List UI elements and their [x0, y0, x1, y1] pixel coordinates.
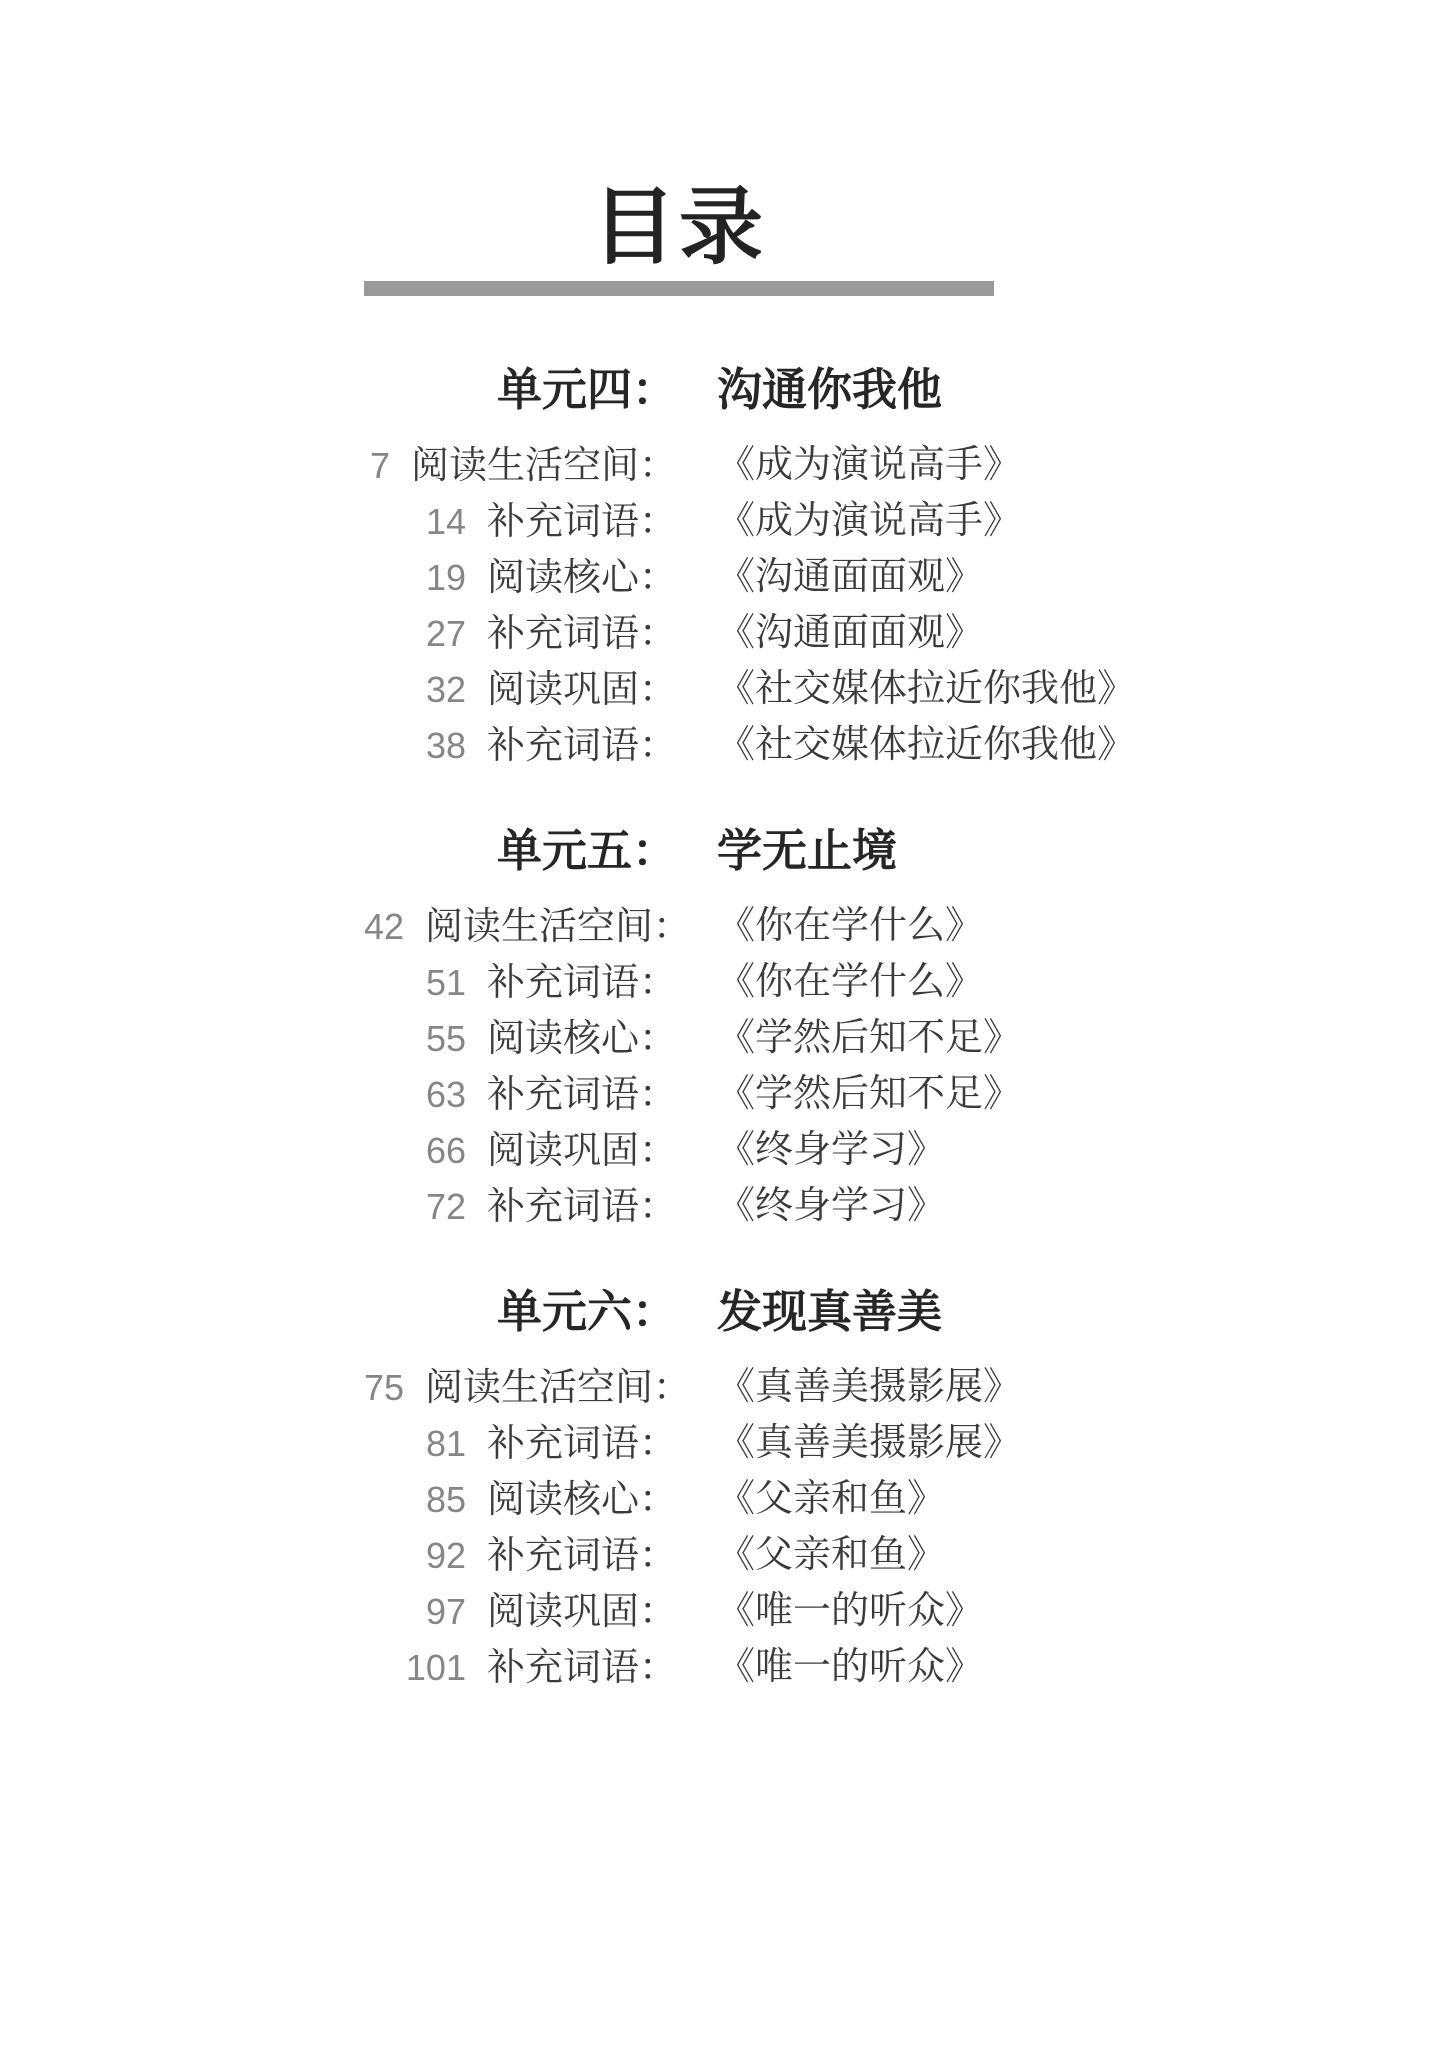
entry-title: 《成为演说高手》	[717, 494, 1088, 550]
entry-page-number: 27	[426, 613, 476, 654]
unit-title: 沟通你我他	[717, 364, 1088, 416]
entry-page-number: 85	[426, 1479, 476, 1520]
entry-page-number: 19	[426, 557, 476, 598]
entry-left-cell: 32 阅读巩固：	[364, 662, 677, 718]
entry-left-cell: 97 阅读巩固：	[364, 1584, 677, 1640]
entry-title: 《你在学什么》	[717, 899, 1088, 955]
entry-left-cell: 27 补充词语：	[364, 606, 677, 662]
unit-label: 单元六：	[364, 1286, 677, 1338]
toc-entry: 92 补充词语： 《父亲和鱼》	[364, 1528, 1088, 1584]
entry-title: 《父亲和鱼》	[717, 1528, 1088, 1584]
entry-left-cell: 101 补充词语：	[364, 1640, 677, 1696]
entry-label: 补充词语：	[487, 962, 677, 1004]
entry-left-cell: 75 阅读生活空间：	[364, 1360, 677, 1416]
toc-entry: 85 阅读核心： 《父亲和鱼》	[364, 1472, 1088, 1528]
entry-page-number: 7	[370, 445, 400, 486]
entry-title: 《真善美摄影展》	[717, 1416, 1088, 1472]
entry-left-cell: 42 阅读生活空间：	[364, 899, 677, 955]
entry-page-number: 101	[406, 1647, 476, 1688]
unit-entries: 75 阅读生活空间： 《真善美摄影展》 81 补充词语： 《真善美摄影展》 85…	[364, 1360, 1088, 1696]
toc-section: 单元四： 沟通你我他 7 阅读生活空间： 《成为演说高手》 14 补充词语： 《…	[364, 364, 1088, 774]
entry-left-cell: 55 阅读核心：	[364, 1011, 677, 1067]
entry-page-number: 14	[426, 501, 476, 542]
entry-left-cell: 19 阅读核心：	[364, 550, 677, 606]
toc-entry: 101 补充词语： 《唯一的听众》	[364, 1640, 1088, 1696]
entry-label: 补充词语：	[487, 1535, 677, 1577]
entry-label: 阅读巩固：	[487, 1591, 677, 1633]
toc-entry: 32 阅读巩固： 《社交媒体拉近你我他》	[364, 662, 1088, 718]
entry-label: 补充词语：	[487, 613, 677, 655]
entry-label: 阅读核心：	[487, 1018, 677, 1060]
unit-title: 学无止境	[717, 825, 1088, 877]
entry-title: 《唯一的听众》	[717, 1640, 1088, 1696]
toc-section: 单元五： 学无止境 42 阅读生活空间： 《你在学什么》 51 补充词语： 《你…	[364, 825, 1088, 1235]
entry-page-number: 81	[426, 1423, 476, 1464]
entry-label: 阅读巩固：	[487, 669, 677, 711]
entry-left-cell: 92 补充词语：	[364, 1528, 677, 1584]
toc-entry: 55 阅读核心： 《学然后知不足》	[364, 1011, 1088, 1067]
entry-page-number: 72	[426, 1186, 476, 1227]
entry-page-number: 51	[426, 962, 476, 1003]
toc-entry: 75 阅读生活空间： 《真善美摄影展》	[364, 1360, 1088, 1416]
toc-entry: 14 补充词语： 《成为演说高手》	[364, 494, 1088, 550]
entry-label: 阅读生活空间：	[425, 906, 691, 948]
toc-entry: 63 补充词语： 《学然后知不足》	[364, 1067, 1088, 1123]
toc-entry: 42 阅读生活空间： 《你在学什么》	[364, 899, 1088, 955]
entry-title: 《终身学习》	[717, 1179, 1088, 1235]
entry-title: 《沟通面面观》	[717, 606, 1088, 662]
entry-label: 补充词语：	[487, 1423, 677, 1465]
entry-title: 《唯一的听众》	[717, 1584, 1088, 1640]
entry-left-cell: 66 阅读巩固：	[364, 1123, 677, 1179]
entry-label: 阅读核心：	[487, 1479, 677, 1521]
entry-title: 《终身学习》	[717, 1123, 1088, 1179]
toc-sections: 单元四： 沟通你我他 7 阅读生活空间： 《成为演说高手》 14 补充词语： 《…	[364, 364, 1088, 1696]
entry-label: 阅读生活空间：	[411, 445, 677, 487]
toc-entry: 66 阅读巩固： 《终身学习》	[364, 1123, 1088, 1179]
entry-title: 《父亲和鱼》	[717, 1472, 1088, 1528]
entry-title: 《社交媒体拉近你我他》	[717, 662, 1088, 718]
entry-label: 补充词语：	[487, 501, 677, 543]
entry-page-number: 92	[426, 1535, 476, 1576]
page-title: 目录	[364, 185, 994, 269]
entry-title: 《学然后知不足》	[717, 1067, 1088, 1123]
entry-left-cell: 72 补充词语：	[364, 1179, 677, 1235]
unit-label: 单元四：	[364, 364, 677, 416]
toc-entry: 81 补充词语： 《真善美摄影展》	[364, 1416, 1088, 1472]
entry-title: 《成为演说高手》	[717, 438, 1088, 494]
unit-heading: 单元五： 学无止境	[364, 825, 1088, 877]
entry-page-number: 97	[426, 1591, 476, 1632]
toc-entry: 51 补充词语： 《你在学什么》	[364, 955, 1088, 1011]
title-block: 目录	[364, 185, 994, 296]
toc-entry: 19 阅读核心： 《沟通面面观》	[364, 550, 1088, 606]
entry-label: 阅读巩固：	[487, 1130, 677, 1172]
entry-left-cell: 14 补充词语：	[364, 494, 677, 550]
unit-entries: 42 阅读生活空间： 《你在学什么》 51 补充词语： 《你在学什么》 55 阅…	[364, 899, 1088, 1235]
toc-entry: 38 补充词语： 《社交媒体拉近你我他》	[364, 718, 1088, 774]
unit-entries: 7 阅读生活空间： 《成为演说高手》 14 补充词语： 《成为演说高手》 19 …	[364, 438, 1088, 774]
entry-left-cell: 7 阅读生活空间：	[364, 438, 677, 494]
entry-page-number: 55	[426, 1018, 476, 1059]
entry-label: 阅读核心：	[487, 557, 677, 599]
entry-title: 《沟通面面观》	[717, 550, 1088, 606]
entry-label: 阅读生活空间：	[425, 1367, 691, 1409]
entry-left-cell: 63 补充词语：	[364, 1067, 677, 1123]
entry-left-cell: 81 补充词语：	[364, 1416, 677, 1472]
unit-label: 单元五：	[364, 825, 677, 877]
entry-label: 补充词语：	[487, 1647, 677, 1689]
entry-page-number: 63	[426, 1074, 476, 1115]
unit-heading: 单元六： 发现真善美	[364, 1286, 1088, 1338]
entry-left-cell: 38 补充词语：	[364, 718, 677, 774]
entry-title: 《你在学什么》	[717, 955, 1088, 1011]
toc-section: 单元六： 发现真善美 75 阅读生活空间： 《真善美摄影展》 81 补充词语： …	[364, 1286, 1088, 1696]
entry-title: 《社交媒体拉近你我他》	[717, 718, 1088, 774]
entry-page-number: 32	[426, 669, 476, 710]
unit-title: 发现真善美	[717, 1286, 1088, 1338]
toc-entry: 27 补充词语： 《沟通面面观》	[364, 606, 1088, 662]
entry-left-cell: 85 阅读核心：	[364, 1472, 677, 1528]
unit-heading: 单元四： 沟通你我他	[364, 364, 1088, 416]
entry-page-number: 42	[364, 906, 414, 947]
entry-label: 补充词语：	[487, 1186, 677, 1228]
entry-label: 补充词语：	[487, 1074, 677, 1116]
toc-entry: 97 阅读巩固： 《唯一的听众》	[364, 1584, 1088, 1640]
title-underline-bar	[364, 281, 994, 296]
toc-entry: 7 阅读生活空间： 《成为演说高手》	[364, 438, 1088, 494]
entry-title: 《真善美摄影展》	[717, 1360, 1088, 1416]
entry-page-number: 75	[364, 1367, 414, 1408]
entry-page-number: 38	[426, 725, 476, 766]
entry-title: 《学然后知不足》	[717, 1011, 1088, 1067]
entry-left-cell: 51 补充词语：	[364, 955, 677, 1011]
toc-entry: 72 补充词语： 《终身学习》	[364, 1179, 1088, 1235]
toc-page: 目录 单元四： 沟通你我他 7 阅读生活空间： 《成为演说高手》 14 补充词语…	[0, 0, 1444, 2048]
entry-label: 补充词语：	[487, 725, 677, 767]
entry-page-number: 66	[426, 1130, 476, 1171]
